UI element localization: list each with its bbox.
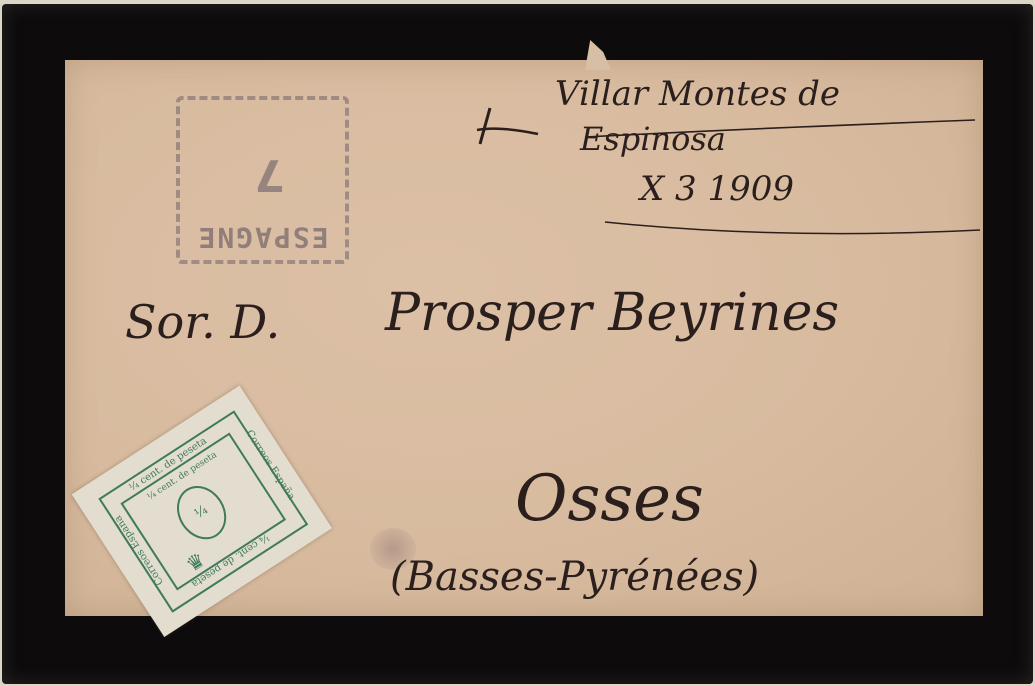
sender-line1: Villar Montes de	[555, 74, 840, 114]
sender-line2: Espinosa	[579, 120, 726, 158]
address-salutation: Sor. D.	[125, 295, 280, 349]
address-region: (Basses-Pyrénées)	[390, 554, 759, 600]
address-name: Prosper Beyrines	[384, 283, 839, 343]
sender-date: X 3 1909	[637, 169, 794, 209]
cross-mark	[477, 108, 538, 144]
address-town: Osses	[515, 462, 704, 536]
photo-stage: ESPAGNE 7 Villar Montes de Espinosa X 3 …	[0, 0, 1035, 686]
